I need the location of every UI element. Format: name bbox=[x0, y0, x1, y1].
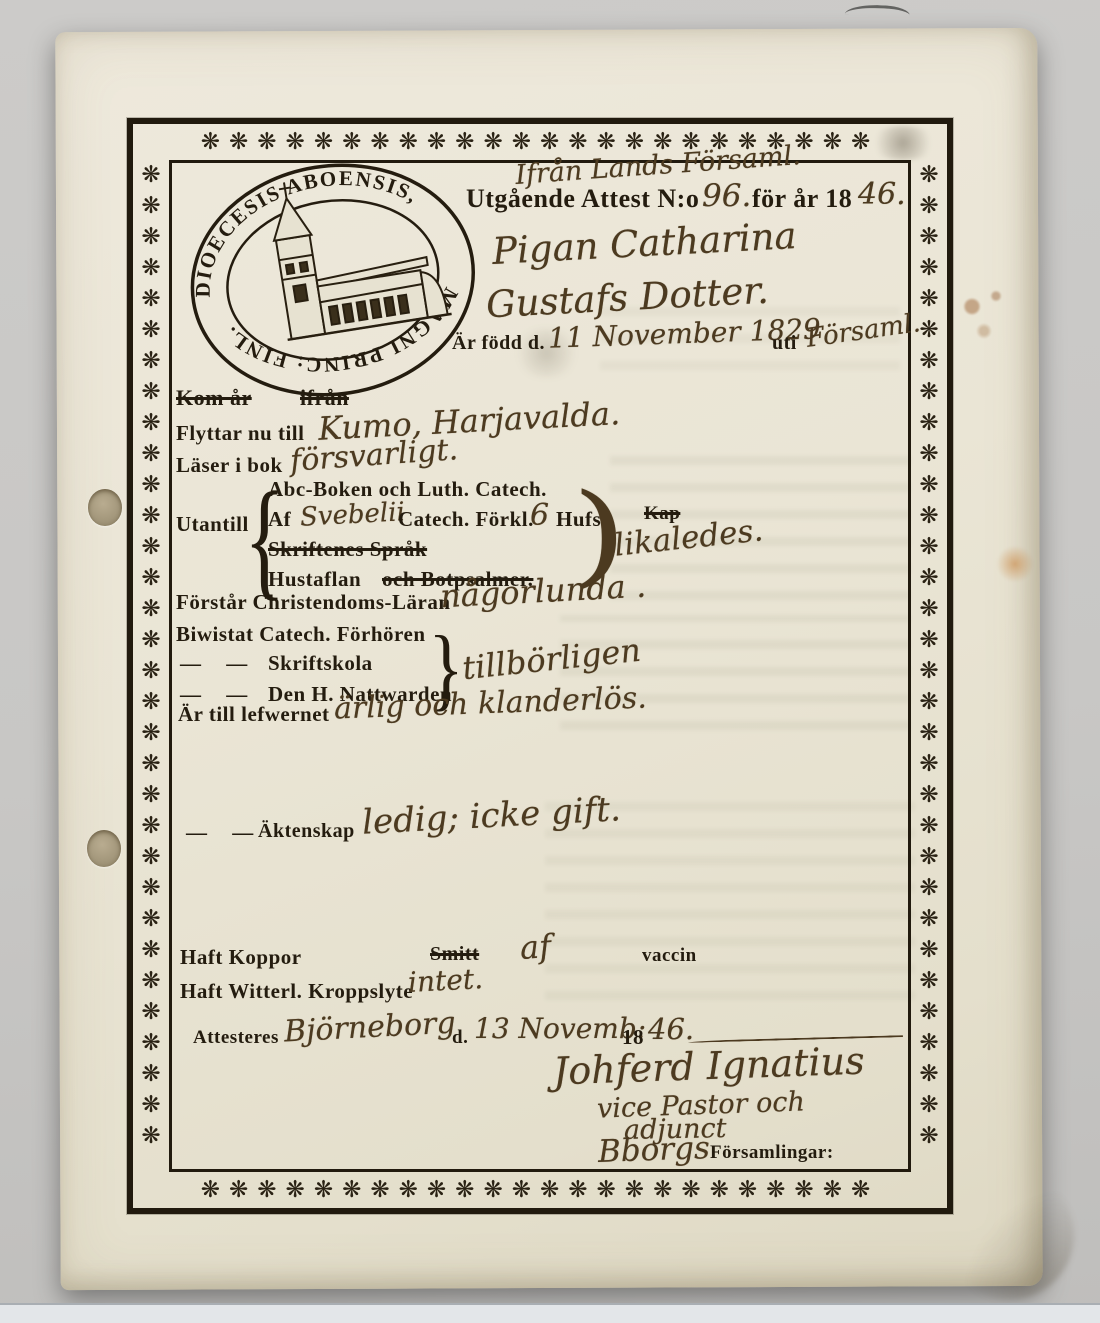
signature-place-handwriting: Bborgs bbox=[597, 1130, 710, 1170]
attesteres-label: Attesteres bbox=[193, 1027, 279, 1049]
ditto-dash: — — bbox=[180, 651, 257, 676]
attest-year-handwriting: 46. bbox=[648, 1012, 694, 1046]
attest-label: Utgående Attest N:o bbox=[466, 184, 699, 214]
utantill-row3-struck: Skriftenes Språk bbox=[268, 537, 427, 562]
table-edge-strip bbox=[0, 1303, 1100, 1323]
utantill-row2-mid: Catech. Förkl. bbox=[398, 507, 534, 532]
ditto-dash: — — bbox=[186, 820, 263, 845]
utantill-row4-keep: Hustaflan bbox=[268, 567, 361, 592]
attest-date-handwriting: 13 Novemb: bbox=[474, 1012, 646, 1045]
border-ornament-top: ❋❋❋❋❋❋❋❋❋❋❋❋❋❋❋❋❋❋❋❋❋❋❋❋ bbox=[133, 124, 947, 160]
intet-handwriting: intet. bbox=[407, 962, 484, 999]
signature-parish-label: Församlingar: bbox=[710, 1142, 834, 1164]
aktenskap-label: Äktenskap bbox=[258, 820, 355, 843]
border-ornament-left: ❋ ❋ ❋ ❋ ❋ ❋ ❋ ❋ ❋ ❋ ❋ ❋ ❋ ❋ ❋ ❋ ❋ ❋ ❋ ❋ … bbox=[133, 160, 169, 1172]
diocese-seal: DIOECESIS ABOENSIS, MAGNI PRINC: FINL. bbox=[166, 138, 500, 424]
skriftskola-label: Skriftskola bbox=[268, 651, 373, 676]
utantill-label: Utantill bbox=[176, 512, 249, 537]
punch-hole-upper bbox=[88, 489, 122, 526]
border-ornament-bottom: ❋❋❋❋❋❋❋❋❋❋❋❋❋❋❋❋❋❋❋❋❋❋❋❋ bbox=[133, 1172, 947, 1208]
thread-mark bbox=[845, 3, 910, 17]
attest-number-handwriting: 96. bbox=[702, 178, 751, 214]
kom-ar-label-struck: Kom år bbox=[176, 385, 252, 411]
kroppslyte-label: Haft Witterl. Kroppslyte bbox=[180, 979, 413, 1004]
d-label: d. bbox=[452, 1027, 468, 1049]
utantill-six-handwriting: 6 bbox=[530, 498, 549, 533]
punch-hole-lower bbox=[87, 830, 121, 867]
lefwernet-label: Är till lefwernet bbox=[178, 702, 330, 727]
photographed-certificate: ❋❋❋❋❋❋❋❋❋❋❋❋❋❋❋❋❋❋❋❋❋❋❋❋ ❋❋❋❋❋❋❋❋❋❋❋❋❋❋❋… bbox=[0, 0, 1100, 1323]
year-handwriting: 46. bbox=[858, 177, 906, 212]
forstar-label: Förstår Christendoms-Läran bbox=[176, 590, 451, 615]
utantill-svebelii-handwriting: Svebelii bbox=[299, 497, 405, 532]
koppor-label: Haft Koppor bbox=[180, 945, 302, 970]
utantill-row1: Abc-Boken och Luth. Catech. bbox=[268, 477, 547, 502]
vaccin-label: vaccin bbox=[642, 945, 697, 967]
flyttar-label: Flyttar nu till bbox=[176, 421, 304, 446]
ifran-label-struck: ifrån bbox=[300, 385, 349, 411]
year-label: för år 18 bbox=[752, 184, 852, 214]
born-label: Är född d. bbox=[452, 332, 545, 355]
utantill-row2-af: Af bbox=[268, 507, 291, 532]
af-handwriting: af bbox=[519, 927, 552, 967]
uti-label: uti bbox=[772, 332, 797, 355]
biwistat-label: Biwistat Catech. Förhören bbox=[176, 622, 426, 647]
